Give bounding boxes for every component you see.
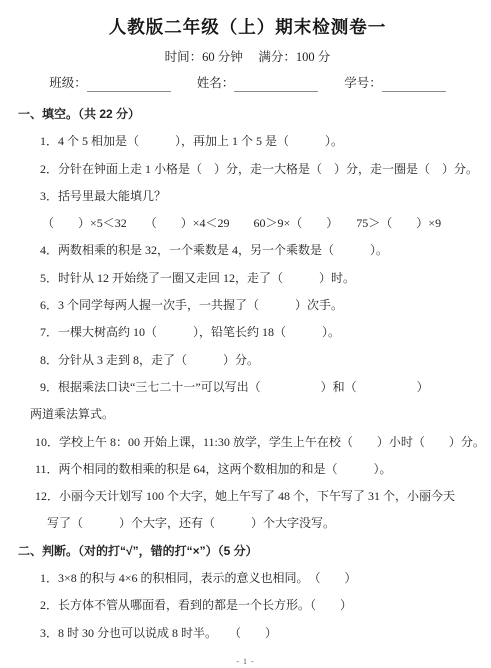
fill-question-1: 1．4 个 5 相加是（ ），再加上 1 个 5 是（ ）。 <box>18 128 477 155</box>
student-info-row: 班级： 姓名： 学号： <box>18 75 477 92</box>
exam-meta: 时间：60 分钟 满分：100 分 <box>18 50 477 65</box>
fill-question-6: 6．3 个同学每两人握一次手，一共握了（ ）次手。 <box>18 292 477 319</box>
fill-question-4: 4．两数相乘的积是 32，一个乘数是 4，另一个乘数是（ ）。 <box>18 237 477 264</box>
question-area: 一、填空。（共 22 分） 1．4 个 5 相加是（ ），再加上 1 个 5 是… <box>18 101 477 647</box>
fill-question-8: 8．分针从 3 走到 8，走了（ ）分。 <box>18 347 477 374</box>
page-number: - 1 - <box>0 657 491 667</box>
name-blank-line <box>234 78 318 92</box>
student-id-field: 学号： <box>344 75 446 92</box>
section-judge-heading: 二、判断。（对的打“√”，错的打“×”）（5 分） <box>18 538 477 565</box>
name-label: 姓名： <box>197 75 235 92</box>
class-field: 班级： <box>49 75 171 92</box>
fill-question-7: 7．一棵大树高约 10（ ），铅笔长约 18（ ）。 <box>18 319 477 346</box>
fill-question-3-expressions: （ ）×5＜32 （ ）×4＜29 60＞9×（ ） 75＞（ ）×9 <box>18 210 477 237</box>
fill-question-9-continuation: 两道乘法算式。 <box>18 401 477 428</box>
section-fill-heading: 一、填空。（共 22 分） <box>18 101 477 128</box>
student-id-label: 学号： <box>344 75 382 92</box>
exam-paper: 人教版二年级（上）期末检测卷一 时间：60 分钟 满分：100 分 班级： 姓名… <box>0 0 491 668</box>
student-id-blank-line <box>382 78 446 92</box>
judge-question-3: 3．8 时 30 分也可以说成 8 时半。 （ ） <box>18 620 477 647</box>
class-label: 班级： <box>49 75 87 92</box>
fill-question-9: 9．根据乘法口诀“三七二十一”可以写出（ ）和（ ） <box>18 374 477 401</box>
judge-question-2: 2．长方体不管从哪面看，看到的都是一个长方形。（ ） <box>18 592 477 619</box>
fill-question-10: 10．学校上午 8：00 开始上课，11:30 放学，学生上午在校（ ）小时（ … <box>18 429 477 456</box>
class-blank-line <box>87 78 171 92</box>
fill-question-5: 5．时针从 12 开始绕了一圈又走回 12，走了（ ）时。 <box>18 265 477 292</box>
fill-question-2: 2．分针在钟面上走 1 小格是（ ）分，走一大格是（ ）分，走一圈是（ ）分。 <box>18 156 477 183</box>
judge-question-1: 1．3×8 的积与 4×6 的积相同，表示的意义也相同。 （ ） <box>18 565 477 592</box>
fill-question-11: 11．两个相同的数相乘的积是 64，这两个数相加的和是（ ）。 <box>18 456 477 483</box>
page-title: 人教版二年级（上）期末检测卷一 <box>18 16 477 38</box>
fill-question-3: 3．括号里最大能填几？ <box>18 183 477 210</box>
fill-question-12-continuation: 写了（ ）个大字，还有（ ）个大字没写。 <box>18 510 477 537</box>
name-field: 姓名： <box>197 75 319 92</box>
fill-question-12: 12．小丽今天计划写 100 个大字，她上午写了 48 个，下午写了 31 个，… <box>18 483 477 510</box>
